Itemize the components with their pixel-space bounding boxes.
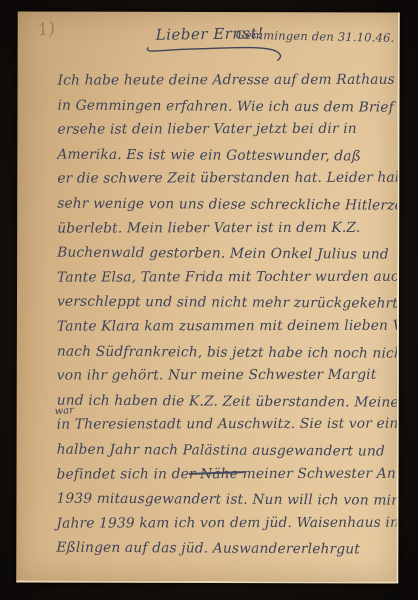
letter-line: Eßlingen auf das jüd. Auswandererlehrgut [56, 536, 399, 563]
letter-line: befindet sich in der Nähe meiner Schwest… [57, 461, 400, 486]
letter-line: sehr wenige von uns diese schreckliche H… [57, 192, 400, 219]
letter-line: Tante Elsa, Tante Frida mit Tochter wurd… [57, 264, 400, 289]
page-number-annotation: 1) [36, 18, 57, 41]
letter-line: 1939 mitausgewandert ist. Nun will ich v… [56, 487, 399, 514]
letter-line: ersehe ist dein lieber Vater jetzt bei d… [57, 117, 399, 142]
letter-page: 1) Lieber Ernst! Gemmingen den 31.10.46.… [16, 12, 399, 584]
letter-line: Tante Klara kam zusammen mit deinem lieb… [57, 314, 400, 339]
letter-line: er die schwere Zeit überstanden hat. Lei… [57, 166, 399, 191]
letter-line: verschleppt und sind nicht mehr zurückge… [57, 290, 400, 317]
letter-line: Ich habe heute deine Adresse auf dem Rat… [58, 68, 400, 93]
salutation-underline-flourish [144, 40, 294, 62]
letter-line: von ihr gehört. Nur meine Schwester Marg… [57, 363, 400, 388]
letter-line: nach Südfrankreich, bis jetzt habe ich n… [57, 339, 400, 366]
inserted-word-annotation: war [54, 405, 74, 417]
letter-line: überlebt. Mein lieber Vater ist in dem K… [57, 215, 400, 240]
letter-line: halben Jahr nach Palästina ausgewandert … [57, 438, 400, 465]
letter-line: Jahre 1939 kam ich von dem jüd. Waisenha… [56, 510, 399, 535]
letter-line: Buchenwald gestorben. Mein Onkel Julius … [57, 241, 400, 268]
letter-body: Ich habe heute deine Adresse auf dem Rat… [56, 69, 399, 562]
letter-scan: 1) Lieber Ernst! Gemmingen den 31.10.46.… [0, 0, 418, 600]
letter-line: in Theresienstadt und Auschwitz. Sie ist… [57, 412, 400, 437]
